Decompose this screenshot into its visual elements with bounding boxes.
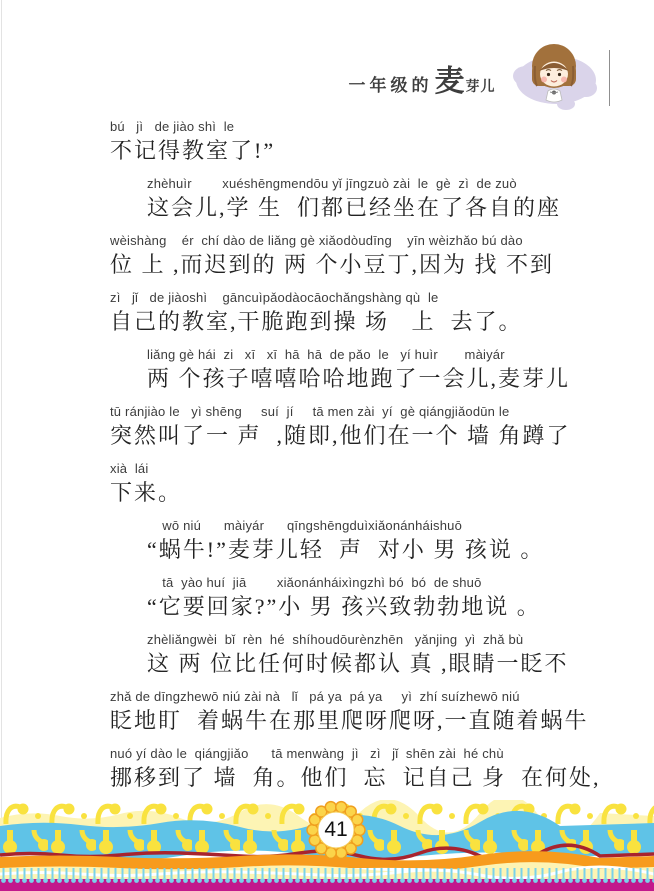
text-line-block: liǎng gè hái zi xī xī hā hā de pǎo le yí… <box>0 346 654 394</box>
text-line-block: zì jǐ de jiàoshì gāncuìpǎodàocāochǎngshà… <box>0 289 654 337</box>
pinyin-line: wèishàng ér chí dào de liǎng gè xiǎodòud… <box>110 232 654 250</box>
pinyin-line: zhǎ de dīngzhewō niú zài nà lǐ pá ya pá … <box>110 688 654 706</box>
hanzi-line: 两 个孩子嘻嘻哈哈地跑了一会儿,麦芽儿 <box>147 364 654 394</box>
text-line-block: zhǎ de dīngzhewō niú zài nà lǐ pá ya pá … <box>0 688 654 736</box>
pinyin-line: wō niú màiyár qīngshēngduìxiǎonánháishuō <box>147 517 654 535</box>
text-line-block: wèishàng ér chí dào de liǎng gè xiǎodòud… <box>0 232 654 280</box>
text-line-block: tā yào huí jiā xiǎonánháixìngzhì bó bó d… <box>0 574 654 622</box>
pinyin-line: tā yào huí jiā xiǎonánháixìngzhì bó bó d… <box>147 574 654 592</box>
book-title-emphasis: 麦 <box>435 56 465 100</box>
hanzi-line: “蜗牛!”麦芽儿轻 声 对小 男 孩说 。 <box>147 535 654 565</box>
cyan-fringe-row <box>0 866 654 884</box>
hanzi-line: 眨地盯 着蜗牛在那里爬呀爬呀,一直随着蜗牛 <box>110 706 654 736</box>
hanzi-line: “它要回家?”小 男 孩兴致勃勃地说 。 <box>147 592 654 622</box>
pinyin-line: zhèhuìr xuéshēngmendōu yǐ jīngzuò zài le… <box>147 175 654 193</box>
hanzi-line: 这会儿,学 生 们都已经坐在了各自的座 <box>147 193 654 223</box>
text-line-block: xià lái 下来。 <box>0 460 654 508</box>
pinyin-line: tū ránjiào le yì shēng suí jí tā men zài… <box>110 403 654 421</box>
text-line-block: zhèhuìr xuéshēngmendōu yǐ jīngzuò zài le… <box>0 175 654 223</box>
text-content: bú jì de jiào shì le 不记得教室了!” zhèhuìr xu… <box>0 118 654 802</box>
text-line-block: zhèliǎngwèi bǐ rèn hé shíhoudōurènzhēn y… <box>0 631 654 679</box>
hanzi-line: 下来。 <box>110 478 654 508</box>
book-page: 一年级的麦芽儿 <box>0 0 654 891</box>
book-title-suffix: 芽儿 <box>466 76 496 96</box>
pinyin-line: liǎng gè hái zi xī xī hā hā de pǎo le yí… <box>147 346 654 364</box>
pinyin-line: zhèliǎngwèi bǐ rèn hé shíhoudōurènzhēn y… <box>147 631 654 649</box>
text-line-block: tū ránjiào le yì shēng suí jí tā men zài… <box>0 403 654 451</box>
bottom-border-decoration: 41 <box>0 800 654 891</box>
book-title-prefix: 一年级的 <box>349 71 433 96</box>
pinyin-line: zì jǐ de jiàoshì gāncuìpǎodàocāochǎngshà… <box>110 289 654 307</box>
book-title: 一年级的麦芽儿 <box>349 56 496 100</box>
hanzi-line: 不记得教室了!” <box>110 136 654 166</box>
mascot-girl-icon <box>504 36 604 119</box>
hanzi-line: 突然叫了一 声 ,随即,他们在一个 墙 角蹲了 <box>110 421 654 451</box>
page-header: 一年级的麦芽儿 <box>349 36 611 119</box>
text-line-block: wō niú màiyár qīngshēngduìxiǎonánháishuō… <box>0 517 654 565</box>
pinyin-line: xià lái <box>110 460 654 478</box>
hanzi-line: 挪移到了 墙 角。他们 忘 记自己 身 在何处, <box>110 763 654 793</box>
hanzi-line: 位 上 ,而迟到的 两 个小豆丁,因为 找 不到 <box>110 250 654 280</box>
pinyin-line: bú jì de jiào shì le <box>110 118 654 136</box>
hanzi-line: 这 两 位比任何时候都认 真 ,眼睛一眨不 <box>147 649 654 679</box>
header-divider-line <box>609 50 611 106</box>
text-line-block: bú jì de jiào shì le 不记得教室了!” <box>0 118 654 166</box>
text-line-block: nuó yí dào le qiángjiǎo tā menwàng jì zì… <box>0 745 654 793</box>
page-number: 41 <box>314 818 358 842</box>
pinyin-line: nuó yí dào le qiángjiǎo tā menwàng jì zì… <box>110 745 654 763</box>
hanzi-line: 自己的教室,干脆跑到操 场 上 去了。 <box>110 307 654 337</box>
